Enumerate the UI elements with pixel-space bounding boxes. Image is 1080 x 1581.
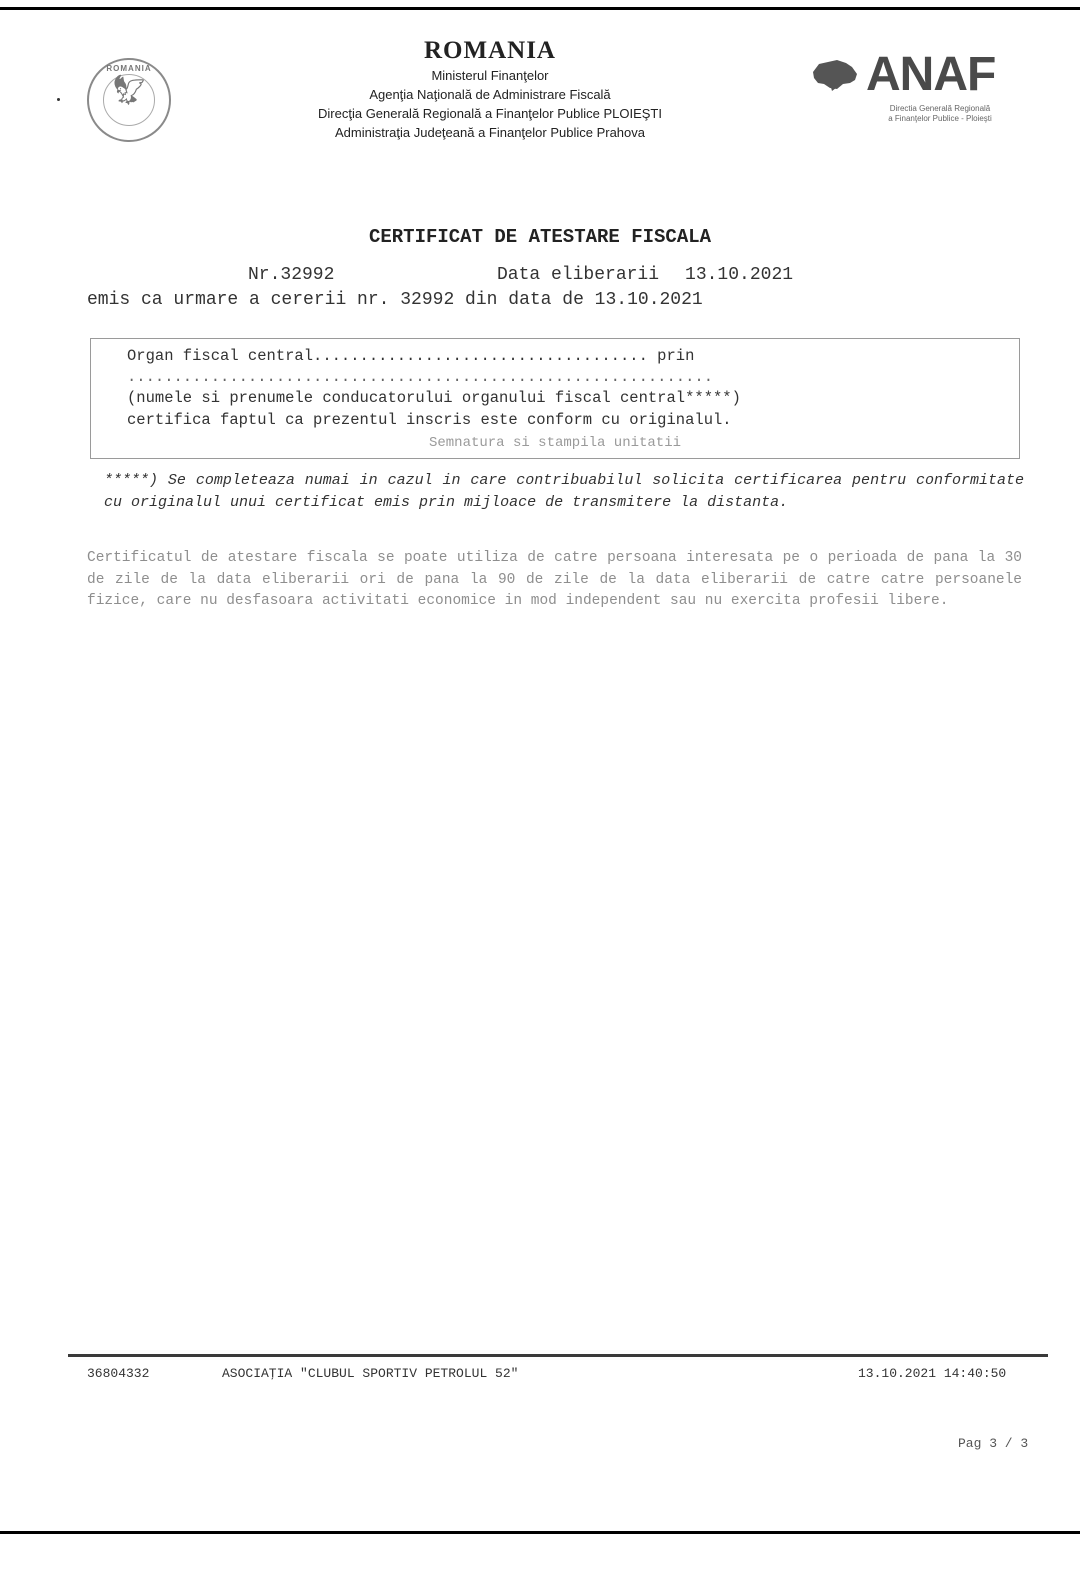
county-administration-line: Administraţia Judeţeană a Finanţelor Pub… (280, 123, 700, 142)
issued-request-line: emis ca urmare a cererii nr. 32992 din d… (87, 290, 703, 310)
page-number: Pag 3 / 3 (958, 1436, 1028, 1451)
release-date-value: 13.10.2021 (685, 265, 793, 285)
bottom-border-rule (0, 1531, 1080, 1534)
head-name-caption: (numele si prenumele conducatorului orga… (127, 389, 741, 407)
number-value: 32992 (280, 265, 334, 285)
footer-rule (68, 1354, 1048, 1357)
scan-speck (57, 98, 60, 101)
anaf-subtitle-line2: a Finanţelor Publice - Ploieşti (870, 114, 1010, 124)
release-date-label: Data eliberarii (497, 265, 659, 285)
anaf-wordmark: ANAF (866, 52, 995, 98)
institution-header: ROMANIA Ministerul Finanţelor Agenţia Na… (280, 36, 700, 142)
country-title: ROMANIA (280, 36, 700, 66)
top-border-rule (0, 7, 1080, 10)
certificate-number: Nr.32992 (248, 265, 334, 285)
emblem-text: ROMANIA (89, 64, 169, 73)
signature-stamp-label: Semnatura si stampila unitatii (91, 435, 1019, 451)
regional-directorate-line: Direcţia Generală Regională a Finanţelor… (280, 104, 700, 123)
conformity-statement: certifica faptul ca prezentul inscris es… (127, 411, 732, 429)
conformity-box: Organ fiscal central....................… (90, 338, 1020, 459)
release-date: Data eliberarii13.10.2021 (497, 265, 793, 285)
taxpayer-name: ASOCIAŢIA "CLUBUL SPORTIV PETROLUL 52" (222, 1366, 518, 1381)
dotted-name-line: ........................................… (127, 368, 713, 386)
anaf-logo: ANAF Directia Generală Regională a Finan… (810, 52, 1040, 124)
number-label: Nr. (248, 265, 280, 285)
anaf-subtitle: Directia Generală Regională a Finanţelor… (870, 104, 1010, 124)
footnote: *****) Se completeaza numai in cazul in … (104, 470, 1024, 514)
taxpayer-cui: 36804332 (87, 1366, 149, 1381)
certificate-title: CERTIFICAT DE ATESTARE FISCALA (0, 226, 1080, 248)
generation-timestamp: 13.10.2021 14:40:50 (858, 1366, 1006, 1381)
ministry-line: Ministerul Finanţelor (280, 66, 700, 85)
eagle-icon: 🦅︎ (89, 76, 169, 106)
agency-line: Agenţia Naţională de Administrare Fiscal… (280, 85, 700, 104)
validity-note: Certificatul de atestare fiscala se poat… (87, 548, 1022, 613)
central-fiscal-organ-line: Organ fiscal central....................… (127, 347, 694, 365)
romania-map-icon (810, 58, 860, 92)
anaf-subtitle-line1: Directia Generală Regională (870, 104, 1010, 114)
coat-of-arms-icon: ROMANIA 🦅︎ (87, 58, 171, 142)
